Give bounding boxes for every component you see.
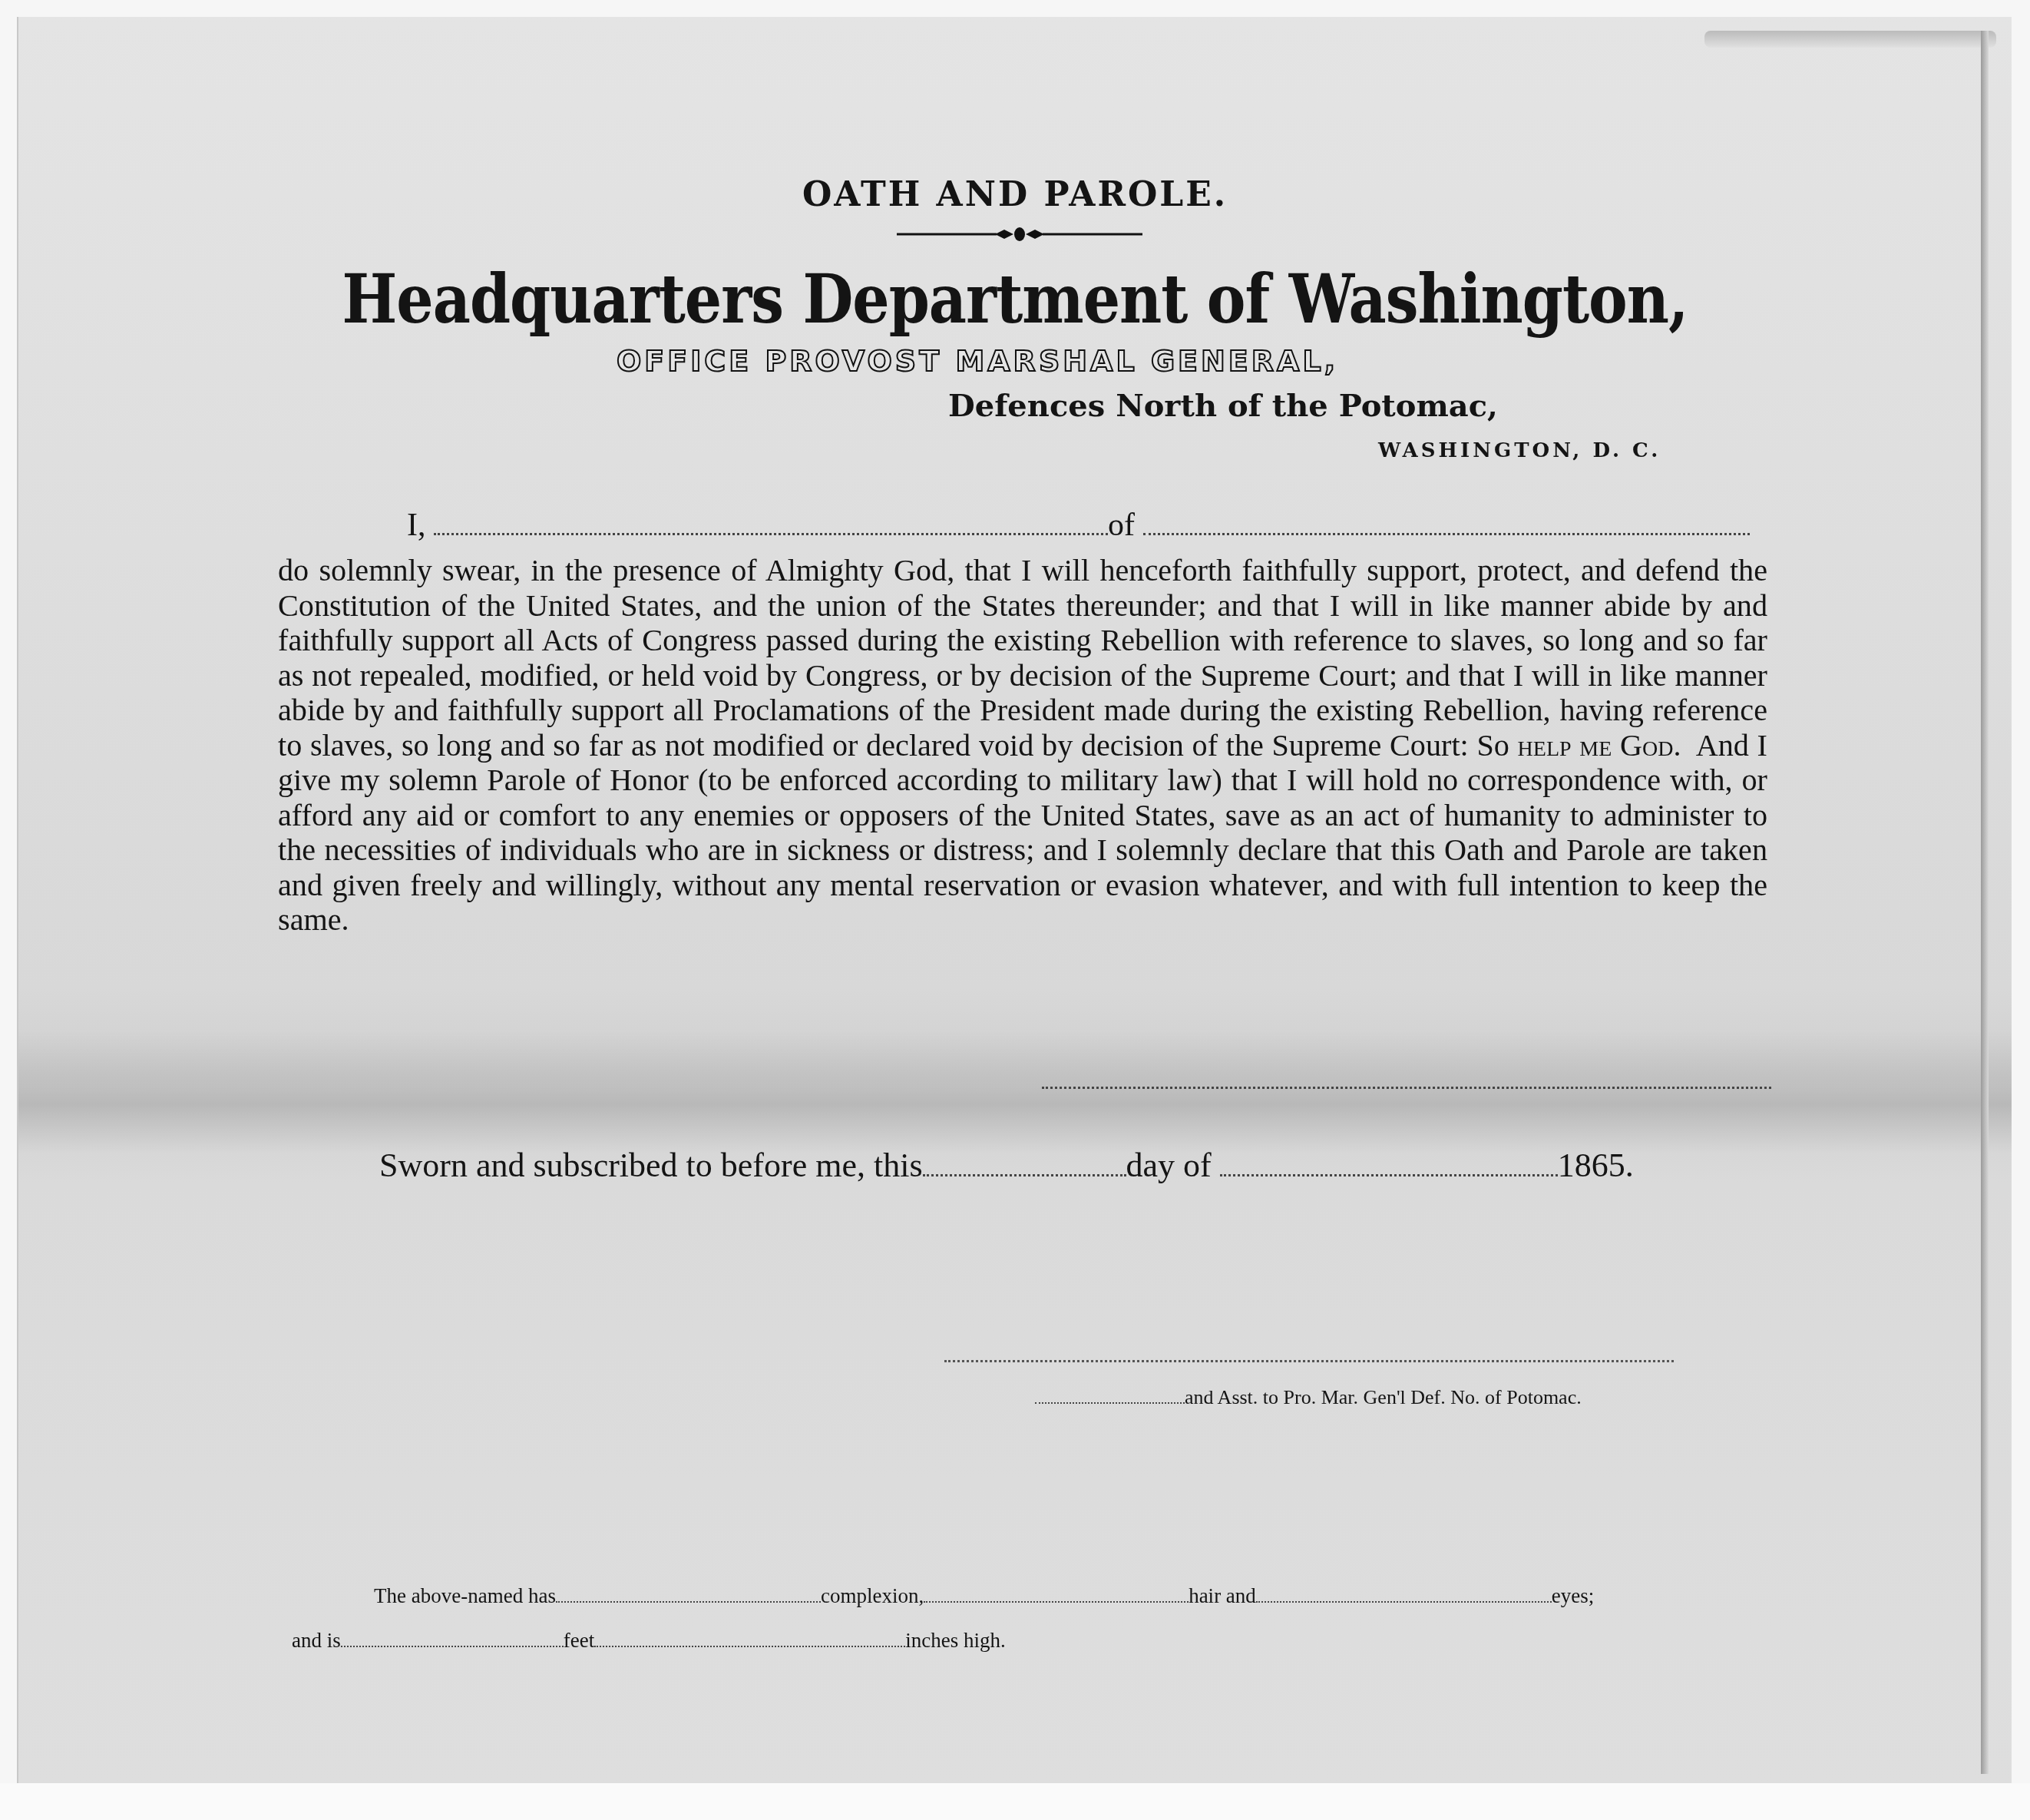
defences-heading: Defences North of the Potomac, bbox=[948, 388, 1498, 424]
officer-title-line: and Asst. to Pro. Mar. Gen'l Def. No. of… bbox=[1035, 1386, 1582, 1409]
officer-signature-field[interactable] bbox=[944, 1360, 1674, 1362]
day-field[interactable] bbox=[923, 1174, 1126, 1176]
name-field[interactable] bbox=[434, 533, 1108, 535]
signer-signature-field[interactable] bbox=[1042, 1087, 1771, 1089]
officer-rank-field[interactable] bbox=[1035, 1402, 1185, 1404]
feet-field[interactable] bbox=[341, 1646, 564, 1647]
document-title: OATH AND PAROLE. bbox=[0, 175, 2030, 214]
headquarters-heading: Headquarters Department of Washington, bbox=[0, 260, 2030, 338]
complexion-field[interactable] bbox=[556, 1601, 821, 1603]
day-of-label: day of bbox=[1126, 1147, 1212, 1184]
ornament-divider-icon bbox=[897, 227, 1142, 242]
oath-body-smallcaps: help me God. bbox=[1518, 728, 1681, 763]
feet-label: feet bbox=[564, 1629, 594, 1652]
oath-intro-label: I, bbox=[407, 508, 426, 543]
oath-of-label: of bbox=[1108, 508, 1135, 543]
eyes-field[interactable] bbox=[1256, 1601, 1552, 1603]
sworn-line: Sworn and subscribed to before me, thisd… bbox=[379, 1146, 1634, 1185]
complexion-label: complexion, bbox=[821, 1584, 924, 1607]
sworn-label: Sworn and subscribed to before me, this bbox=[379, 1147, 923, 1184]
month-field[interactable] bbox=[1220, 1174, 1558, 1176]
eyes-label: eyes; bbox=[1552, 1584, 1594, 1607]
description-line-1: The above-named hascomplexion,hair andey… bbox=[374, 1584, 1594, 1608]
paper-fold-tab bbox=[1704, 31, 1996, 48]
description-prefix: The above-named has bbox=[374, 1584, 556, 1607]
inches-field[interactable] bbox=[594, 1646, 905, 1647]
year-label: 1865. bbox=[1558, 1147, 1634, 1184]
officer-title-label: and Asst. to Pro. Mar. Gen'l Def. No. of… bbox=[1185, 1386, 1582, 1408]
description-line-2: and isfeetinches high. bbox=[292, 1629, 1006, 1653]
residence-field[interactable] bbox=[1143, 533, 1750, 535]
inches-label: inches high. bbox=[905, 1629, 1005, 1652]
scan-bottom-margin bbox=[0, 1783, 2030, 1820]
oath-name-line: I, of bbox=[407, 507, 1750, 544]
hair-label: hair and bbox=[1189, 1584, 1256, 1607]
oath-body-text: do solemnly swear, in the presence of Al… bbox=[278, 553, 1767, 938]
location-heading: WASHINGTON, D. C. bbox=[1378, 439, 1661, 462]
hair-field[interactable] bbox=[924, 1601, 1189, 1603]
office-heading: OFFICE PROVOST MARSHAL GENERAL, bbox=[617, 344, 1338, 378]
height-prefix: and is bbox=[292, 1629, 341, 1652]
